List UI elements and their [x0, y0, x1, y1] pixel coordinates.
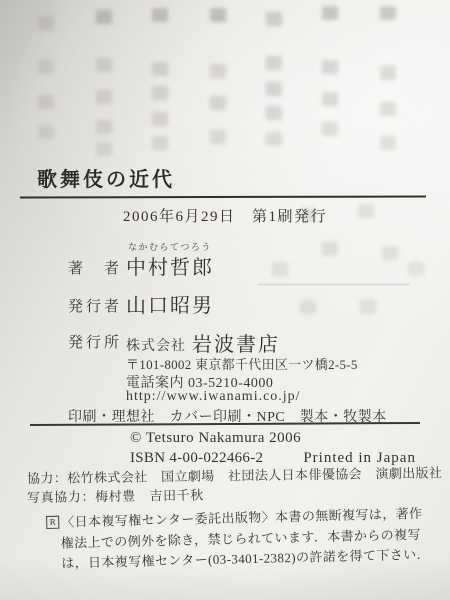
- author-label: 著 者: [68, 257, 122, 278]
- isbn-number: ISBN 4-00-022466-2: [130, 450, 263, 466]
- publisher-address-line: 〒101-8002 東京都千代田区一ツ橋2-5-5: [126, 354, 358, 373]
- bleedthrough-ghost-text: [0, 0, 16, 14]
- registered-mark-icon: R: [46, 516, 59, 529]
- publishing-house-name: 岩波書店: [192, 328, 280, 357]
- title-divider-rule: [20, 195, 426, 198]
- publisher-url-line: http://www.iwanami.co.jp/: [126, 389, 301, 405]
- publishing-house-prefix: 株式会社: [126, 335, 186, 355]
- copyright-line: © Tetsuro Nakamura 2006: [130, 430, 301, 447]
- publisher-label: 発行者: [68, 295, 122, 316]
- reproduction-rights-notice: R〈日本複写権センター委託出版物〉本書の無断複写は，著作 権法上での例外を除き，…: [46, 504, 433, 575]
- bleedthrough-ghost-line: [258, 284, 410, 285]
- photo-cooperation-credits-line: 写真協力：梅村豊 吉田千秋: [27, 485, 204, 506]
- book-colophon-page: 歌舞伎の近代 2006年6月29日 第1刷発行 著 者 なかむらてつろう 中村哲…: [0, 0, 450, 600]
- publishing-house-label: 発行所: [68, 331, 122, 352]
- author-name: 中村哲郎: [126, 251, 214, 280]
- publisher-name: 山口昭男: [126, 289, 214, 318]
- book-title: 歌舞伎の近代: [37, 163, 175, 192]
- cooperation-credits-line: 協力：松竹株式会社 国立劇場 社団法人日本俳優協会 演劇出版社: [27, 462, 443, 487]
- edition-date-line: 2006年6月29日 第1刷発行: [123, 205, 327, 226]
